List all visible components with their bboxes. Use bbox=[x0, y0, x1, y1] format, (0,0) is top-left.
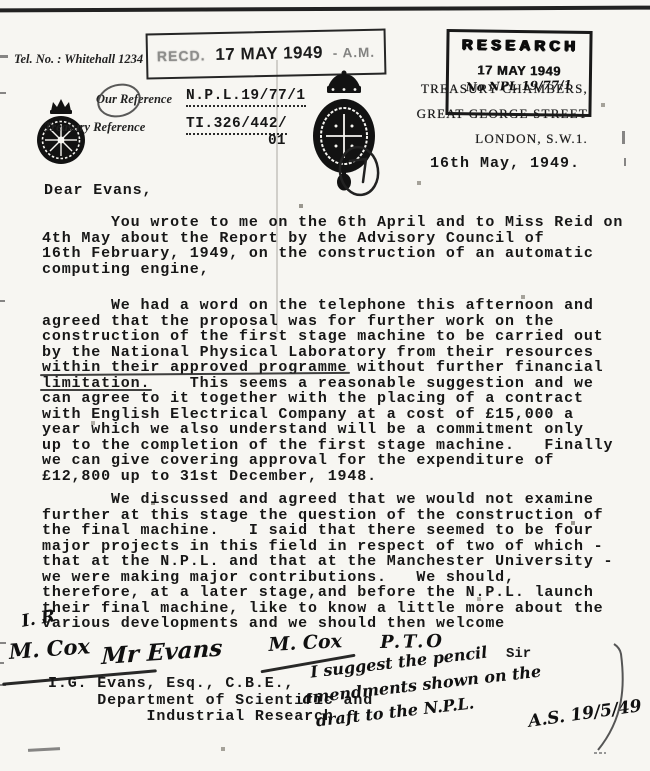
scan-artifact-tick bbox=[624, 158, 626, 166]
received-stamp-date: 17 MAY 1949 bbox=[215, 43, 323, 65]
received-stamp-suffix: - A.M. bbox=[333, 44, 376, 60]
handwritten-name-cox-right: M. Cox bbox=[268, 630, 342, 656]
letter-date: 16th May, 1949. bbox=[430, 155, 580, 172]
scan-artifact-top-line bbox=[0, 6, 650, 13]
research-registry-stamp: RESEARCH 17 MAY 1949 No NPL 19/77/1 bbox=[445, 29, 592, 117]
circled-seven-mark bbox=[336, 142, 382, 200]
handwritten-name-evans: Mr Evans bbox=[101, 635, 223, 671]
research-stamp-title: RESEARCH bbox=[449, 37, 589, 55]
pencil-bracket-mark bbox=[590, 640, 635, 760]
scan-artifact-tick bbox=[0, 92, 6, 94]
scan-artifact-tick bbox=[0, 662, 4, 664]
received-stamp-prefix: RECD. bbox=[157, 47, 206, 64]
scan-artifact-tick bbox=[622, 131, 625, 144]
scan-artifact-smudge bbox=[28, 747, 60, 752]
pencil-underline-limitation bbox=[40, 389, 152, 391]
paragraph-3: We discussed and agreed that we would no… bbox=[42, 492, 613, 632]
telephone-number-label: Tel. No. : Whitehall 1234 bbox=[14, 52, 143, 67]
salutation: Dear Evans, bbox=[44, 183, 152, 199]
scan-artifact-tick bbox=[0, 55, 8, 58]
letter-scan: Tel. No. : Whitehall 1234 RECD. 17 MAY 1… bbox=[0, 0, 650, 771]
research-stamp-handwritten-ref: No NPL 19/77/1 bbox=[449, 78, 589, 95]
research-stamp-date: 17 MAY 1949 bbox=[449, 62, 589, 79]
scan-artifact-specks bbox=[0, 0, 2, 2]
pencil-oval-mark bbox=[94, 79, 145, 122]
our-reference-value: N.P.L.19/77/1 bbox=[186, 88, 306, 107]
treasury-reference-label: Treasury Reference bbox=[44, 120, 145, 135]
handwritten-name-cox-left: M. Cox bbox=[8, 633, 91, 664]
scan-artifact-tick bbox=[0, 642, 6, 644]
paragraph-1: You wrote to me on the 6th April and to … bbox=[42, 215, 623, 277]
treasury-reference-value-cont: 01 bbox=[268, 133, 285, 149]
scan-artifact-tick bbox=[0, 300, 5, 302]
